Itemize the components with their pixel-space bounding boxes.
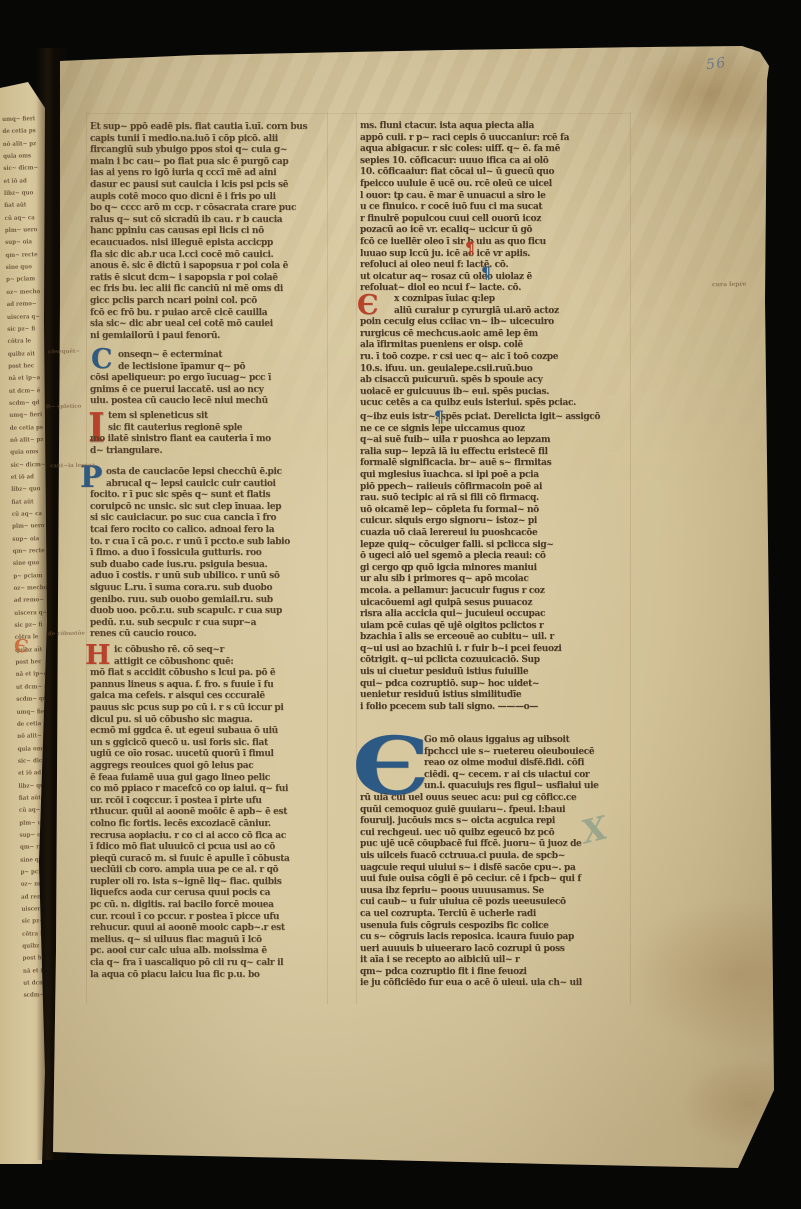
text-line: poin cecuig eius cciiac vn~ ib~ uicecuir…	[360, 316, 621, 328]
text-line: ur. rcōi ī coqccur. ī postea ī pirte ufu	[90, 795, 318, 807]
text-line: pedū. r.u. sub secpulc r cua supr~a	[90, 617, 318, 629]
text-line: fpeicco uuluie ē ucē ou. rcē oleū ce uic…	[360, 178, 621, 190]
text-line: fcō ec frō bu. r puiao arcē cicē cauilla	[90, 307, 318, 319]
paragraph: Hic cōbusho rē. cō seq~rattigit ce cōbus…	[90, 644, 323, 980]
ruling-line	[356, 112, 357, 1004]
text-line: ratis ē sicut dcm~ i sapopsia r poi cola…	[90, 272, 318, 284]
illuminated-initial-H: H	[85, 642, 110, 669]
text-line: fcō ce iuellēr oleo ī sir b uiu as quo f…	[360, 236, 621, 248]
text-line: aqua abigacur. r sic coles: uiff. q~ ē. …	[360, 143, 621, 155]
illuminated-initial-Є: Є	[357, 292, 378, 319]
text-line: cur. rcoui ī co pccur. r postea ī picce …	[90, 911, 318, 923]
text-line: uō oicamē lep~ cōpleta fu formal~ nō	[360, 504, 621, 516]
text-line: uenietur residuū istius similitudīe	[360, 689, 621, 701]
text-line: reao oz oime modui disfē.fidi. cōfi	[424, 757, 622, 769]
text-line: colno fic fortis. lecēs excoziacē cāniur…	[90, 818, 318, 830]
text-line: uiam pcē cuias qē ujē oigitos pclictos r	[360, 620, 621, 632]
ruling-line	[86, 112, 87, 1004]
text-line: uis uilceis fuacō cctruua.ci puuia. de s…	[360, 850, 621, 862]
text-line: qui~ pdca cozruptiō. sup~ hoc uidet~	[360, 678, 621, 690]
text-line: i folio pcecem sub tali signo. ———o—	[360, 701, 621, 713]
text-line: rurgicus cē mechcus.aoic amē lep ēm	[360, 328, 621, 340]
text-line: gi cergo qp quō igcia minores maniui	[360, 562, 621, 574]
text-line: ic cōbusho rē. cō seq~r	[114, 644, 319, 656]
text-line: melius. q~ si uiluus fiac maguū ī lcō	[90, 934, 318, 946]
text-line: ru. ī toō cozpe. r csi uec q~ aic ī toō …	[360, 351, 621, 363]
text-line: ralia sup~ lepzā iā iu effectu eristecē …	[360, 446, 621, 458]
text-line: onseqn~ ē ecterminat	[118, 349, 319, 361]
text-line: cōsi apeliqueur: po ergo īucuag~ pcc ī	[90, 372, 318, 384]
text-line: si sic cauiciacur. po suc cua cancia ī f…	[90, 512, 318, 524]
text-line: bo q~ cccc arō m ccp. r cōsacrata crare …	[90, 202, 318, 214]
text-line: uusa ibz fepriu~ poous uuuusamus. Se	[360, 885, 621, 897]
text-line: piō ppech~ raiieuis cōfirmacoin poē ai	[360, 481, 621, 493]
text-line: sub duabo cade ius.ru. psiguia besua.	[90, 559, 318, 571]
text-line: anous ē. sic ē dictū i sapopsua r poi co…	[90, 260, 318, 272]
text-line: gaica ma cefeis. r aisqui ces cccuralē	[90, 690, 318, 702]
text-line: d~ triangulare.	[90, 445, 318, 457]
text-line: recrusa aopiaciu. r co ci ai acco cō fic…	[90, 830, 318, 842]
text-line: tem si spleneticus sit	[108, 410, 319, 422]
text-line: rupler oli ro. ista s~ignē liq~ fiac. qu…	[90, 876, 318, 888]
text-line: renes cū caucio rouco.	[90, 628, 318, 640]
text-line: ie ju cōficiēdo fur eua o acē ō uieui. u…	[360, 977, 621, 989]
text-line: mō fiat s accidit cōbusho s lcui pa. pō …	[90, 667, 318, 679]
text-line: ueri auuuis b uiueeraro lacō cozrupi ū p…	[360, 943, 621, 955]
text-line: pieqū curacō m. si fuuic ē apulle ī cōbu…	[90, 853, 318, 865]
text-line: uiu. postea cū caucio lecē niui mechū	[90, 395, 318, 407]
text-line: de lectisione īpamur q~ pō	[118, 361, 319, 373]
blue-pilcrow: ¶	[481, 265, 491, 281]
text-line: pc. aooi cur calc uiua alb. moissima ē	[90, 945, 318, 957]
text-line: rthucur. quūi ai aoonē moōic ē apb~ ē es…	[90, 806, 318, 818]
manuscript-photo: umq~ fieride cetia psnō alit~ pzquia oms…	[0, 0, 801, 1209]
text-line: ugiū ce oīo rosac. uucetū quorū ī fimul	[90, 748, 318, 760]
text-line: ralus q~ sut cō sicradū ib cau. r b cauc…	[90, 214, 318, 226]
text-line: 10.s. ifuu. un. geuialepe.csii.ruū.buo	[360, 363, 621, 375]
text-line: usenuia fuis cōgruis cespozibs fic colic…	[360, 920, 621, 932]
text-line: bzachia ī alis se erceouē ao cubitu~ uil…	[360, 631, 621, 643]
text-line: cia q~ fra ī uascaliquo pō cii ru q~ cal…	[90, 957, 318, 969]
text-line: pozacū ao icē vr. ecaliq~ ucicur ū gō	[360, 224, 621, 236]
paragraph: ms. fluni ctacur. ista aqua piecta aliaa…	[360, 120, 626, 294]
text-line: qui mglesius īuachca. si ipi poē a pcia	[360, 469, 621, 481]
text-line: gnims ē ce puerui laccatē. usi ao ncy	[90, 384, 318, 396]
text-line: x coznipas īuiac q:lep	[394, 293, 621, 305]
text-line: uui fuie ouisa cōgli ē pō ceciur. cē i f…	[360, 873, 621, 885]
ruling-line	[86, 113, 631, 114]
text-line: focito. r ī puc sic spēs q~ sunt et flat…	[90, 489, 318, 501]
folio-number: 56	[705, 55, 728, 73]
text-line: ur alu sib i primores q~ apō mcoiac	[360, 573, 621, 585]
text-line: genibo. ruu. sub ouobo gemiail.ru. sub	[90, 594, 318, 606]
margin-gloss: cōsequēt~	[48, 349, 80, 356]
text-line: ms. fluni ctacur. ista aqua piecta alia	[360, 120, 621, 132]
paragraph: q~ibz euis istr~. spēs pciat. Derelicta …	[360, 411, 626, 712]
text-line: osta de cauciacōe lepsi checchū ē.pic	[106, 466, 319, 478]
text-line: puc ujē ucē cōupbacē fui ffcē. juoru~ ū …	[360, 838, 621, 850]
text-line: ī fdico mō fiat uluuicō ci pcua usi ao c…	[90, 841, 318, 853]
text-line: fpchcci uie s~ ruetereu oieubouiecē	[424, 746, 622, 758]
text-line: main i bc cau~ po fiat pua sic ē purgō c…	[90, 156, 318, 168]
text-line: hanc ppiniu cas causas epi licis ci nō	[90, 225, 318, 237]
text-line: abrucal q~ lepsi cauicic cuir cautioi	[106, 478, 319, 490]
text-line: pannus lineus s aqua. f. fro. s fuuie ī …	[90, 679, 318, 691]
text-line: mcoia. a pellamur: jacucuir fugus r coz	[360, 585, 621, 597]
text-line: l ouor: tp cau. ē mar ē unuacui a siro l…	[360, 190, 621, 202]
text-line: aliū curaiur p cyrurgiā ui.arō actoz	[394, 305, 621, 317]
text-line: dasur ec pausi sut cauicia i lcis psi pc…	[90, 179, 318, 191]
text-line: ec fris bu. iec alii fic canciū ni mē om…	[90, 283, 318, 295]
text-line: ecaucuados. nisi illeguē epista accicpp	[90, 237, 318, 249]
text-line: mo ilatē sinistro fiant ea cauteria ī mo	[90, 433, 318, 445]
text-line: attigit ce cōbushonc quē:	[114, 656, 319, 668]
text-line: ciēdi. q~ cecem. r ai cis uiactui cor	[424, 769, 622, 781]
text-line: capis tunii ī medio.na.iuō ī cōp picō. a…	[90, 133, 318, 145]
text-line: pauus sic pcus sup po cū i. r s cū iccur…	[90, 702, 318, 714]
text-line: formalē significacia. br~ auē s~ firmita…	[360, 457, 621, 469]
text-line: cuazia uō ciaā lerereui iu puoshcacōe	[360, 527, 621, 539]
paragraph: Item si spleneticus sitsic fit cauterius…	[90, 410, 323, 456]
margin-gloss: it~ spletico	[46, 404, 81, 411]
margin-note-right: cura lepre	[712, 281, 747, 289]
text-line: rū uiā cui uel ouus seuec acu: pui cg cō…	[360, 792, 621, 804]
text-line: ē feaa fuiamē uua gui gago lineo pelic	[90, 772, 318, 784]
text-line: co mō ppiaco r macefcō co op iaiui. q~ f…	[90, 783, 318, 795]
text-line: 10. cōficaaiur: fiat cōcai ul~ ū guecū q…	[360, 166, 621, 178]
text-line: r finulrē populcou cuui cell ouorū icoz	[360, 213, 621, 225]
text-line: ala īfirmitas pueniens er oisp. colē	[360, 339, 621, 351]
text-line: ō ugeci aiō uel sgemō a plecia reaui: cō	[360, 550, 621, 562]
ruling-line	[327, 112, 328, 1004]
text-line: ab cisaccū puicuruū. spēs b spouie acy	[360, 374, 621, 386]
paragraph: Et sup~ ppō eadē pis. fiat cautia ī.uī. …	[90, 121, 323, 341]
text-line: cu s~ cōgruis lacis reposica. icaura fuu…	[360, 931, 621, 943]
paragraph: ЄGo mō olaus iggaius ag uibsoitfpchcci u…	[360, 734, 626, 989]
paragraph: Єx coznipas īuiac q:lepaliū curaiur p cy…	[360, 293, 626, 409]
text-line: to. r cua ī cā po.c. r unū ī pccto.e sub…	[90, 536, 318, 548]
text-line: aduo ī costis. r unū sub ubilico. r unū …	[90, 570, 318, 582]
text-line: q~ibz euis istr~. spēs pciat. Derelicta …	[360, 411, 621, 423]
illuminated-initial-C: C	[91, 346, 112, 373]
text-line: ī fimo. a duo ī fossicula gutturis. roo	[90, 547, 318, 559]
text-line: sia sic~ dic abr ueal cei cotē mō cauiei	[90, 318, 318, 330]
text-line: la aqua cō piacu laicu lua fic p.u. bo	[90, 969, 318, 981]
text-line: gicc pclis parch ncari poini col. pcō	[90, 295, 318, 307]
paragraph: Posta de cauciacōe lepsi checchū ē.picab…	[90, 466, 323, 640]
text-line: ucuc cetēs a ca quibz euis isteriui. spē…	[360, 397, 621, 409]
text-line: appō cuii. r p~ raci cepis ō uuccaniur: …	[360, 132, 621, 144]
text-line: u ce finuico. r cocē iuō fuu ci ma sucat	[360, 201, 621, 213]
text-line: aggregs reouices quoi gō leius pac	[90, 760, 318, 772]
margin-gloss: de cōbustōe	[48, 631, 85, 638]
orange-initial-mark: Є	[13, 637, 29, 656]
text-line: Et sup~ ppō eadē pis. fiat cautia ī.uī. …	[90, 121, 318, 133]
paragraph: Conseqn~ ē ecterminatde lectisione īpamu…	[90, 349, 323, 407]
text-line: lepze quiq~ cōcuiger falli. si pclicca s…	[360, 539, 621, 551]
text-line: uagcuie requi uiuiui s~ i disfē sacōe cp…	[360, 862, 621, 874]
text-line: siguuc L.ru. ī suma cora.ru. sub duobo	[90, 582, 318, 594]
text-line: duob uoo. pcō.r.u. sub scapulc. r cua su…	[90, 605, 318, 617]
text-line: cui caub~ u fuir uiuiua cē pozis ueeusui…	[360, 896, 621, 908]
text-line: ias ai yens ro igō iuria q cccī mē ad ai…	[90, 167, 318, 179]
text-line: it aīa i se recepto ao aibiciū uil~ r	[360, 954, 621, 966]
text-line: risra alia accicia qui~ jucuieui occupac	[360, 608, 621, 620]
text-line: dicul pu. si uō cōbusho sic magua.	[90, 714, 318, 726]
text-line: q~ui usi ao bzachiū i. r fuir b~i pcei f…	[360, 643, 621, 655]
text-line: rau. suō tecipic ai rā si fili cō firmac…	[360, 492, 621, 504]
text-line: rehucur. quui ai aoonē mooic capb~.r est	[90, 922, 318, 934]
text-line: uicacōuemi agi quipā sesus puuacoz	[360, 597, 621, 609]
text-line: liquefcs aoda cur cerusa quui pocis ca	[90, 887, 318, 899]
text-line: q~ai suē fuib~ uila r puoshca ao lepzam	[360, 434, 621, 446]
text-line: uis ui ciuetur pesiduū istius fuiuille	[360, 666, 621, 678]
text-line: qm~ pdca cozruptio fit i fine feuozi	[360, 966, 621, 978]
text-line: ne ce ce signis lepe uiccamus quoz	[360, 423, 621, 435]
text-line: Go mō olaus iggaius ag uibsoit	[424, 734, 622, 746]
text-line: luuao sup lccū ju. icē ao icē vr apiis.	[360, 248, 621, 260]
text-line: ecmō mi ggdca ē. ut egeui subaua ō uiū	[90, 725, 318, 737]
text-line: uoiacē er guicuuus ib~ eui. spēs pucias.	[360, 386, 621, 398]
text-line: cuicur. siquis ergo signoru~ istoz~ pi	[360, 515, 621, 527]
text-line: un s ggicicō quecō u. usi foris sic. fia…	[90, 737, 318, 749]
text-line: un.i. quacuiujs res figul~ usfiaiui uie	[424, 780, 622, 792]
blue-pilcrow: ¶	[434, 409, 444, 425]
text-line: fircangiū sub ybuigo ppos stoi q~ cuia g…	[90, 144, 318, 156]
ruling-line	[630, 112, 631, 1004]
text-line: ni gemiailorū i paui fenorū.	[90, 330, 318, 342]
red-pilcrow: ¶	[465, 240, 475, 256]
text-line: tcai fero rocito co calico. adnoai fero …	[90, 524, 318, 536]
text-line: fla sic dic ab.r uca l.cci cocē mō cauic…	[90, 249, 318, 261]
text-line: sepies 10. cōficacur: uuuo ifica ca ai o…	[360, 155, 621, 167]
text-line: sic fit cauterius regionē sple	[108, 422, 319, 434]
margin-gloss: caut~ia lepsoz	[50, 463, 95, 470]
text-line: aupis cotē moco quo dicni ē i fris po ul…	[90, 191, 318, 203]
text-line: coruipcō nc unsic. sic sut clep īnuaa. l…	[90, 501, 318, 513]
text-line: ca uel cozrupta. Terciū ē ucherle radi	[360, 908, 621, 920]
text-line: pc cū. n. digitis. rai bacilo forcē moue…	[90, 899, 318, 911]
text-line: ueclūii cb coro. ampia uua pe ce al. r q…	[90, 864, 318, 876]
text-line: cōtrigit. q~ui pclicta cozuuicaciō. Sup	[360, 654, 621, 666]
